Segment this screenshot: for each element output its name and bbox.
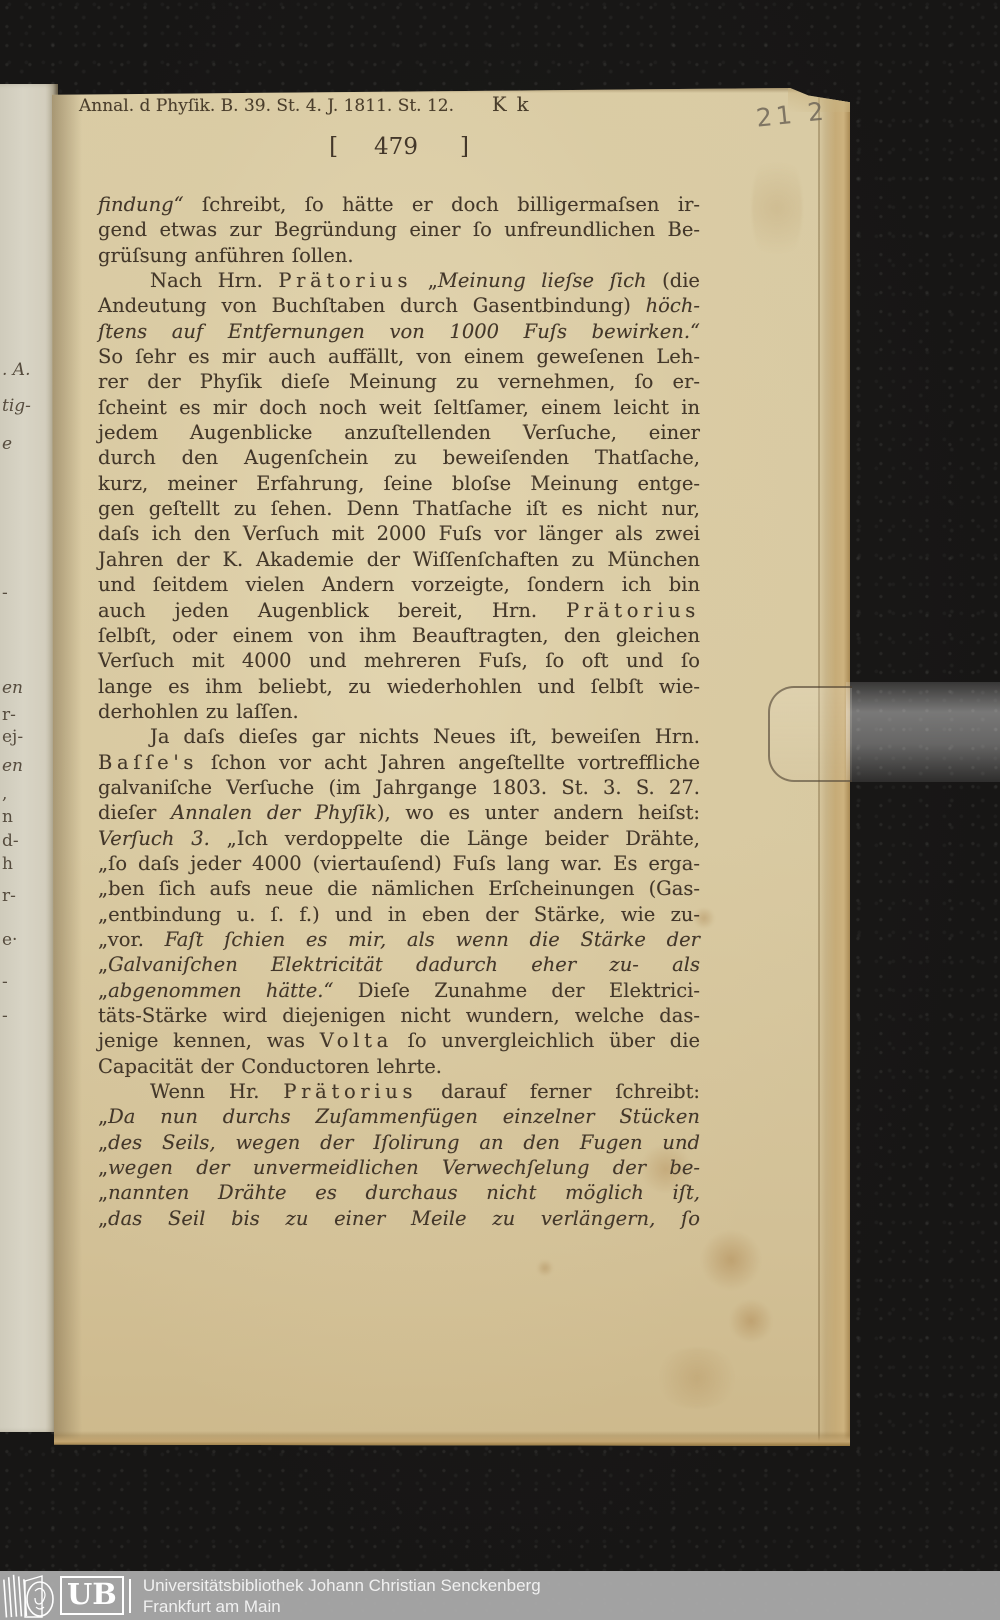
text-line: auch jeden Augenblick bereit, Hrn. Präto… — [98, 598, 700, 623]
text-segment: ſchreibt, ſo hätte er doch billigermaſse… — [184, 193, 700, 216]
bracket-right: ] — [460, 134, 469, 160]
adjacent-page-text-fragment: r- — [2, 707, 16, 724]
book-strap — [846, 682, 1000, 782]
text-line: dieſer Annalen der Phyſik), wo es unter … — [98, 800, 700, 825]
text-line: ſtens auf Entfernungen von 1000 Fuſs bew… — [98, 319, 700, 344]
text-segment: grüſsung anführen ſollen. — [98, 244, 354, 267]
text-line: So ſehr es mir auch auffällt, von einem … — [98, 344, 700, 369]
library-banner: UB Universitätsbibliothek Johann Christi… — [0, 1571, 1000, 1620]
text-segment: „ — [98, 1207, 108, 1230]
institution-line1: Universitätsbibliothek Johann Christian … — [143, 1575, 541, 1596]
text-segment: auch jeden Augenblick bereit, Hrn. — [98, 599, 566, 622]
page-top-edge — [52, 88, 850, 93]
text-line: Wenn Hr. Prätorius darauf ferner ſchreib… — [98, 1079, 700, 1104]
text-segment: lange es ihm beliebt, zu wiederhohlen un… — [98, 675, 700, 698]
text-line: und ſeitdem vielen Andern vorzeigte, ſon… — [98, 572, 700, 597]
text-line: „nannten Drähte es durchaus nicht möglic… — [98, 1180, 700, 1205]
text-line: Baſſe's ſchon vor acht Jahren angeſtellt… — [98, 750, 700, 775]
text-line: Capacität der Conductoren lehrte. — [98, 1054, 700, 1079]
text-segment: So ſehr es mir auch auffällt, von einem … — [98, 345, 700, 368]
text-segment: Volta — [320, 1029, 393, 1052]
page-number-header: [479] — [98, 134, 700, 160]
text-segment: galvaniſche Verſuche (im Jahrgange 1803.… — [98, 776, 700, 799]
text-segment: des Seils, wegen der Iſolirung an den Fu… — [108, 1131, 700, 1154]
text-segment: „ — [98, 953, 108, 976]
text-segment: „ — [98, 1105, 108, 1128]
text-segment: kurz, meiner Erfahrung, ſeine bloſse Mei… — [98, 472, 700, 495]
text-line: durch den Augenſchein zu beweiſenden Tha… — [98, 445, 700, 470]
text-line: gen geſtellt zu ſehen. Denn Thatſache iſ… — [98, 496, 700, 521]
text-segment: Baſſe's — [98, 751, 198, 774]
text-line: Nach Hrn. Prätorius „Meinung lieſse ſich… — [98, 268, 700, 293]
text-segment: „Ich verdoppelte die Länge beider Drähte… — [210, 827, 700, 850]
text-line: „des Seils, wegen der Iſolirung an den F… — [98, 1130, 700, 1155]
text-segment: Dieſe Zunahme der Elektrici- — [333, 979, 700, 1002]
text-segment: das Seil bis zu einer Meile zu verlänger… — [108, 1207, 700, 1230]
ub-logo-text: UB — [60, 1576, 124, 1615]
text-line: derhohlen zu laſſen. — [98, 699, 700, 724]
text-segment: „vor. — [98, 928, 165, 951]
adjacent-page-text-fragment: r- — [2, 888, 16, 905]
text-segment: derhohlen zu laſſen. — [98, 700, 299, 723]
text-segment: Meinung lieſse ſich — [438, 269, 647, 292]
text-segment: Jahren der K. Akademie der Wiſſenſchafte… — [98, 548, 700, 571]
text-segment: Capacität der Conductoren lehrte. — [98, 1055, 442, 1078]
page-number: 479 — [374, 134, 418, 160]
text-segment: Nach Hrn. — [150, 269, 278, 292]
text-segment: gen geſtellt zu ſehen. Denn Thatſache iſ… — [98, 497, 700, 520]
text-segment: jenige kennen, was — [98, 1029, 320, 1052]
text-line: Andeutung von Buchſtaben durch Gasentbin… — [98, 293, 700, 318]
text-segment: ſo unvergleichlich über die — [393, 1029, 700, 1052]
text-segment: Verſuch mit 4000 und mehreren Fuſs, ſo o… — [98, 649, 700, 672]
text-line: „wegen der unvermeidlichen Verwechſelung… — [98, 1155, 700, 1180]
text-segment: ſcheint es mir doch noch weit ſeltſamer,… — [98, 396, 700, 419]
text-line: rer der Phyſik dieſe Meinung zu vernehme… — [98, 369, 700, 394]
text-line: „vor. Faſt ſchien es mir, als wenn die S… — [98, 927, 700, 952]
catchword: K k — [492, 93, 531, 116]
text-segment: ſelbſt, oder einem von ihm Beauftragten,… — [98, 624, 700, 647]
institution-name: Universitätsbibliothek Johann Christian … — [143, 1575, 541, 1617]
text-segment: ſchon vor acht Jahren angeſtellte vortre… — [198, 751, 700, 774]
text-segment: Andeutung von Buchſtaben durch Gasentbin… — [98, 294, 646, 317]
text-segment: dieſer — [98, 801, 171, 824]
text-line: jenige kennen, was Volta ſo unvergleichl… — [98, 1028, 700, 1053]
text-line: Jahren der K. Akademie der Wiſſenſchafte… — [98, 547, 700, 572]
adjacent-page-text-fragment: - — [2, 585, 8, 602]
text-segment: (die — [647, 269, 700, 292]
text-segment: darauf ferner ſchreibt: — [417, 1080, 700, 1103]
text-segment: höch- — [646, 294, 700, 317]
text-segment: rer der Phyſik dieſe Meinung zu vernehme… — [98, 370, 700, 393]
text-line: Verſuch 3. „Ich verdoppelte die Länge be… — [98, 826, 700, 851]
banner-separator — [129, 1579, 131, 1613]
text-segment: daſs ich den Verſuch mit 2000 Fuſs vor l… — [98, 522, 700, 545]
bracket-left: [ — [329, 134, 338, 160]
text-line: „ſo daſs jeder 4000 (viertauſend) Fuſs l… — [98, 851, 700, 876]
text-line: Ja daſs dieſes gar nichts Neues iſt, bew… — [98, 724, 700, 749]
adjacent-page-text-fragment: e — [2, 436, 12, 453]
text-line: galvaniſche Verſuche (im Jahrgange 1803.… — [98, 775, 700, 800]
text-line: „abgenommen hätte.“ Dieſe Zunahme der El… — [98, 978, 700, 1003]
text-segment: „ — [412, 269, 438, 292]
institution-line2: Frankfurt am Main — [143, 1596, 541, 1617]
adjacent-page-text-fragment: d- — [2, 833, 19, 850]
text-segment: „ben ſich aufs neue die nämlichen Erſche… — [98, 877, 700, 900]
text-line: findung“ ſchreibt, ſo hätte er doch bill… — [98, 192, 700, 217]
text-line: „ben ſich aufs neue die nämlichen Erſche… — [98, 876, 700, 901]
text-segment: Prätorius — [283, 1080, 417, 1103]
text-segment: „ſo daſs jeder 4000 (viertauſend) Fuſs l… — [98, 852, 700, 875]
signature-line: Annal. d Phyſik. B. 39. St. 4. J. 1811. … — [52, 93, 850, 118]
journal-signature: Annal. d Phyſik. B. 39. St. 4. J. 1811. … — [79, 96, 454, 116]
text-line: „entbindung u. ſ. f.) und in eben der St… — [98, 902, 700, 927]
adjacent-page-text-fragment: . A. — [2, 362, 31, 379]
text-segment: gend etwas zur Begründung einer ſo unfre… — [98, 218, 700, 241]
page-gutter-shadow — [52, 88, 82, 1446]
adjacent-page-sliver: . A.tig-e-enr-ej-en,nd-hr-e·-- — [0, 84, 58, 1432]
text-line: kurz, meiner Erfahrung, ſeine bloſse Mei… — [98, 471, 700, 496]
text-segment: „ — [98, 1181, 108, 1204]
text-segment: ſtens auf Entfernungen von 1000 Fuſs bew… — [98, 320, 700, 343]
text-segment: Ja daſs dieſes gar nichts Neues iſt, bew… — [150, 725, 700, 748]
text-segment: jedem Augenblicke anzuſtellenden Verſuch… — [98, 421, 700, 444]
text-segment: findung“ — [98, 193, 184, 216]
foxing-stain — [752, 148, 802, 268]
ub-logo-icon — [2, 1573, 58, 1619]
text-segment: „ — [98, 979, 108, 1002]
foxing-stain — [700, 1230, 762, 1290]
text-segment: durch den Augenſchein zu beweiſenden Tha… — [98, 446, 700, 469]
book-page: 21 2 [479] findung“ ſchreibt, ſo hätte e… — [52, 88, 850, 1446]
adjacent-page-text-fragment: e· — [2, 932, 17, 949]
text-line: daſs ich den Verſuch mit 2000 Fuſs vor l… — [98, 521, 700, 546]
text-line: jedem Augenblicke anzuſtellenden Verſuch… — [98, 420, 700, 445]
foxing-stain — [728, 1300, 774, 1342]
text-segment: und ſeitdem vielen Andern vorzeigte, ſon… — [98, 573, 700, 596]
text-segment: Da nun durchs Zuſammenfügen einzelner St… — [108, 1105, 700, 1128]
adjacent-page-text-fragment: - — [2, 974, 8, 991]
adjacent-page-text-fragment: en — [2, 680, 23, 697]
text-segment: Annalen der Phyſik — [171, 801, 377, 824]
text-segment: Galvaniſchen Elektricität dadurch eher z… — [108, 953, 700, 976]
adjacent-page-text-fragment: en — [2, 758, 23, 775]
text-line: „Da nun durchs Zuſammenfügen einzelner S… — [98, 1104, 700, 1129]
text-segment: Wenn Hr. — [150, 1080, 283, 1103]
text-segment: täts-Stärke wird diejenigen nicht wunder… — [98, 1004, 700, 1027]
adjacent-page-text-fragment: ej- — [2, 729, 23, 746]
text-line: grüſsung anführen ſollen. — [98, 243, 700, 268]
text-line: „Galvaniſchen Elektricität dadurch eher … — [98, 952, 700, 977]
text-segment: nannten Drähte es durchaus nicht möglich… — [108, 1181, 700, 1204]
page-bottom-edge — [52, 1431, 850, 1446]
text-block: findung“ ſchreibt, ſo hätte er doch bill… — [98, 192, 700, 1231]
adjacent-page-text-fragment: h — [2, 856, 13, 873]
adjacent-page-text-fragment: - — [2, 1008, 8, 1025]
text-segment: „ — [98, 1156, 108, 1179]
text-line: gend etwas zur Begründung einer ſo unfre… — [98, 217, 700, 242]
scanned-book-photograph: . A.tig-e-enr-ej-en,nd-hr-e·-- 21 2 [479… — [0, 0, 1000, 1620]
text-segment: „ — [98, 1131, 108, 1154]
text-segment: Verſuch 3. — [98, 827, 210, 850]
text-line: „das Seil bis zu einer Meile zu verlänge… — [98, 1206, 700, 1231]
text-line: täts-Stärke wird diejenigen nicht wunder… — [98, 1003, 700, 1028]
text-line: ſcheint es mir doch noch weit ſeltſamer,… — [98, 395, 700, 420]
text-segment: abgenommen hätte.“ — [108, 979, 333, 1002]
text-line: lange es ihm beliebt, zu wiederhohlen un… — [98, 674, 700, 699]
text-segment: Faſt ſchien es mir, als wenn die Stärke … — [165, 928, 700, 951]
text-segment: ), wo es unter andern heiſst: — [377, 801, 700, 824]
adjacent-page-text-fragment: , — [2, 786, 7, 803]
text-segment: „entbindung u. ſ. f.) und in eben der St… — [98, 903, 700, 926]
text-line: Verſuch mit 4000 und mehreren Fuſs, ſo o… — [98, 648, 700, 673]
foxing-stain — [536, 1260, 554, 1276]
foxing-stain — [652, 1348, 742, 1408]
text-segment: Prätorius — [566, 599, 700, 622]
text-segment: Prätorius — [278, 269, 412, 292]
text-segment: wegen der unvermeidlichen Verwechſelung … — [108, 1156, 700, 1179]
book-strap-tab — [768, 686, 852, 782]
adjacent-page-text-fragment: n — [2, 809, 13, 826]
adjacent-page-text-fragment: tig- — [2, 398, 31, 415]
text-line: ſelbſt, oder einem von ihm Beauftragten,… — [98, 623, 700, 648]
